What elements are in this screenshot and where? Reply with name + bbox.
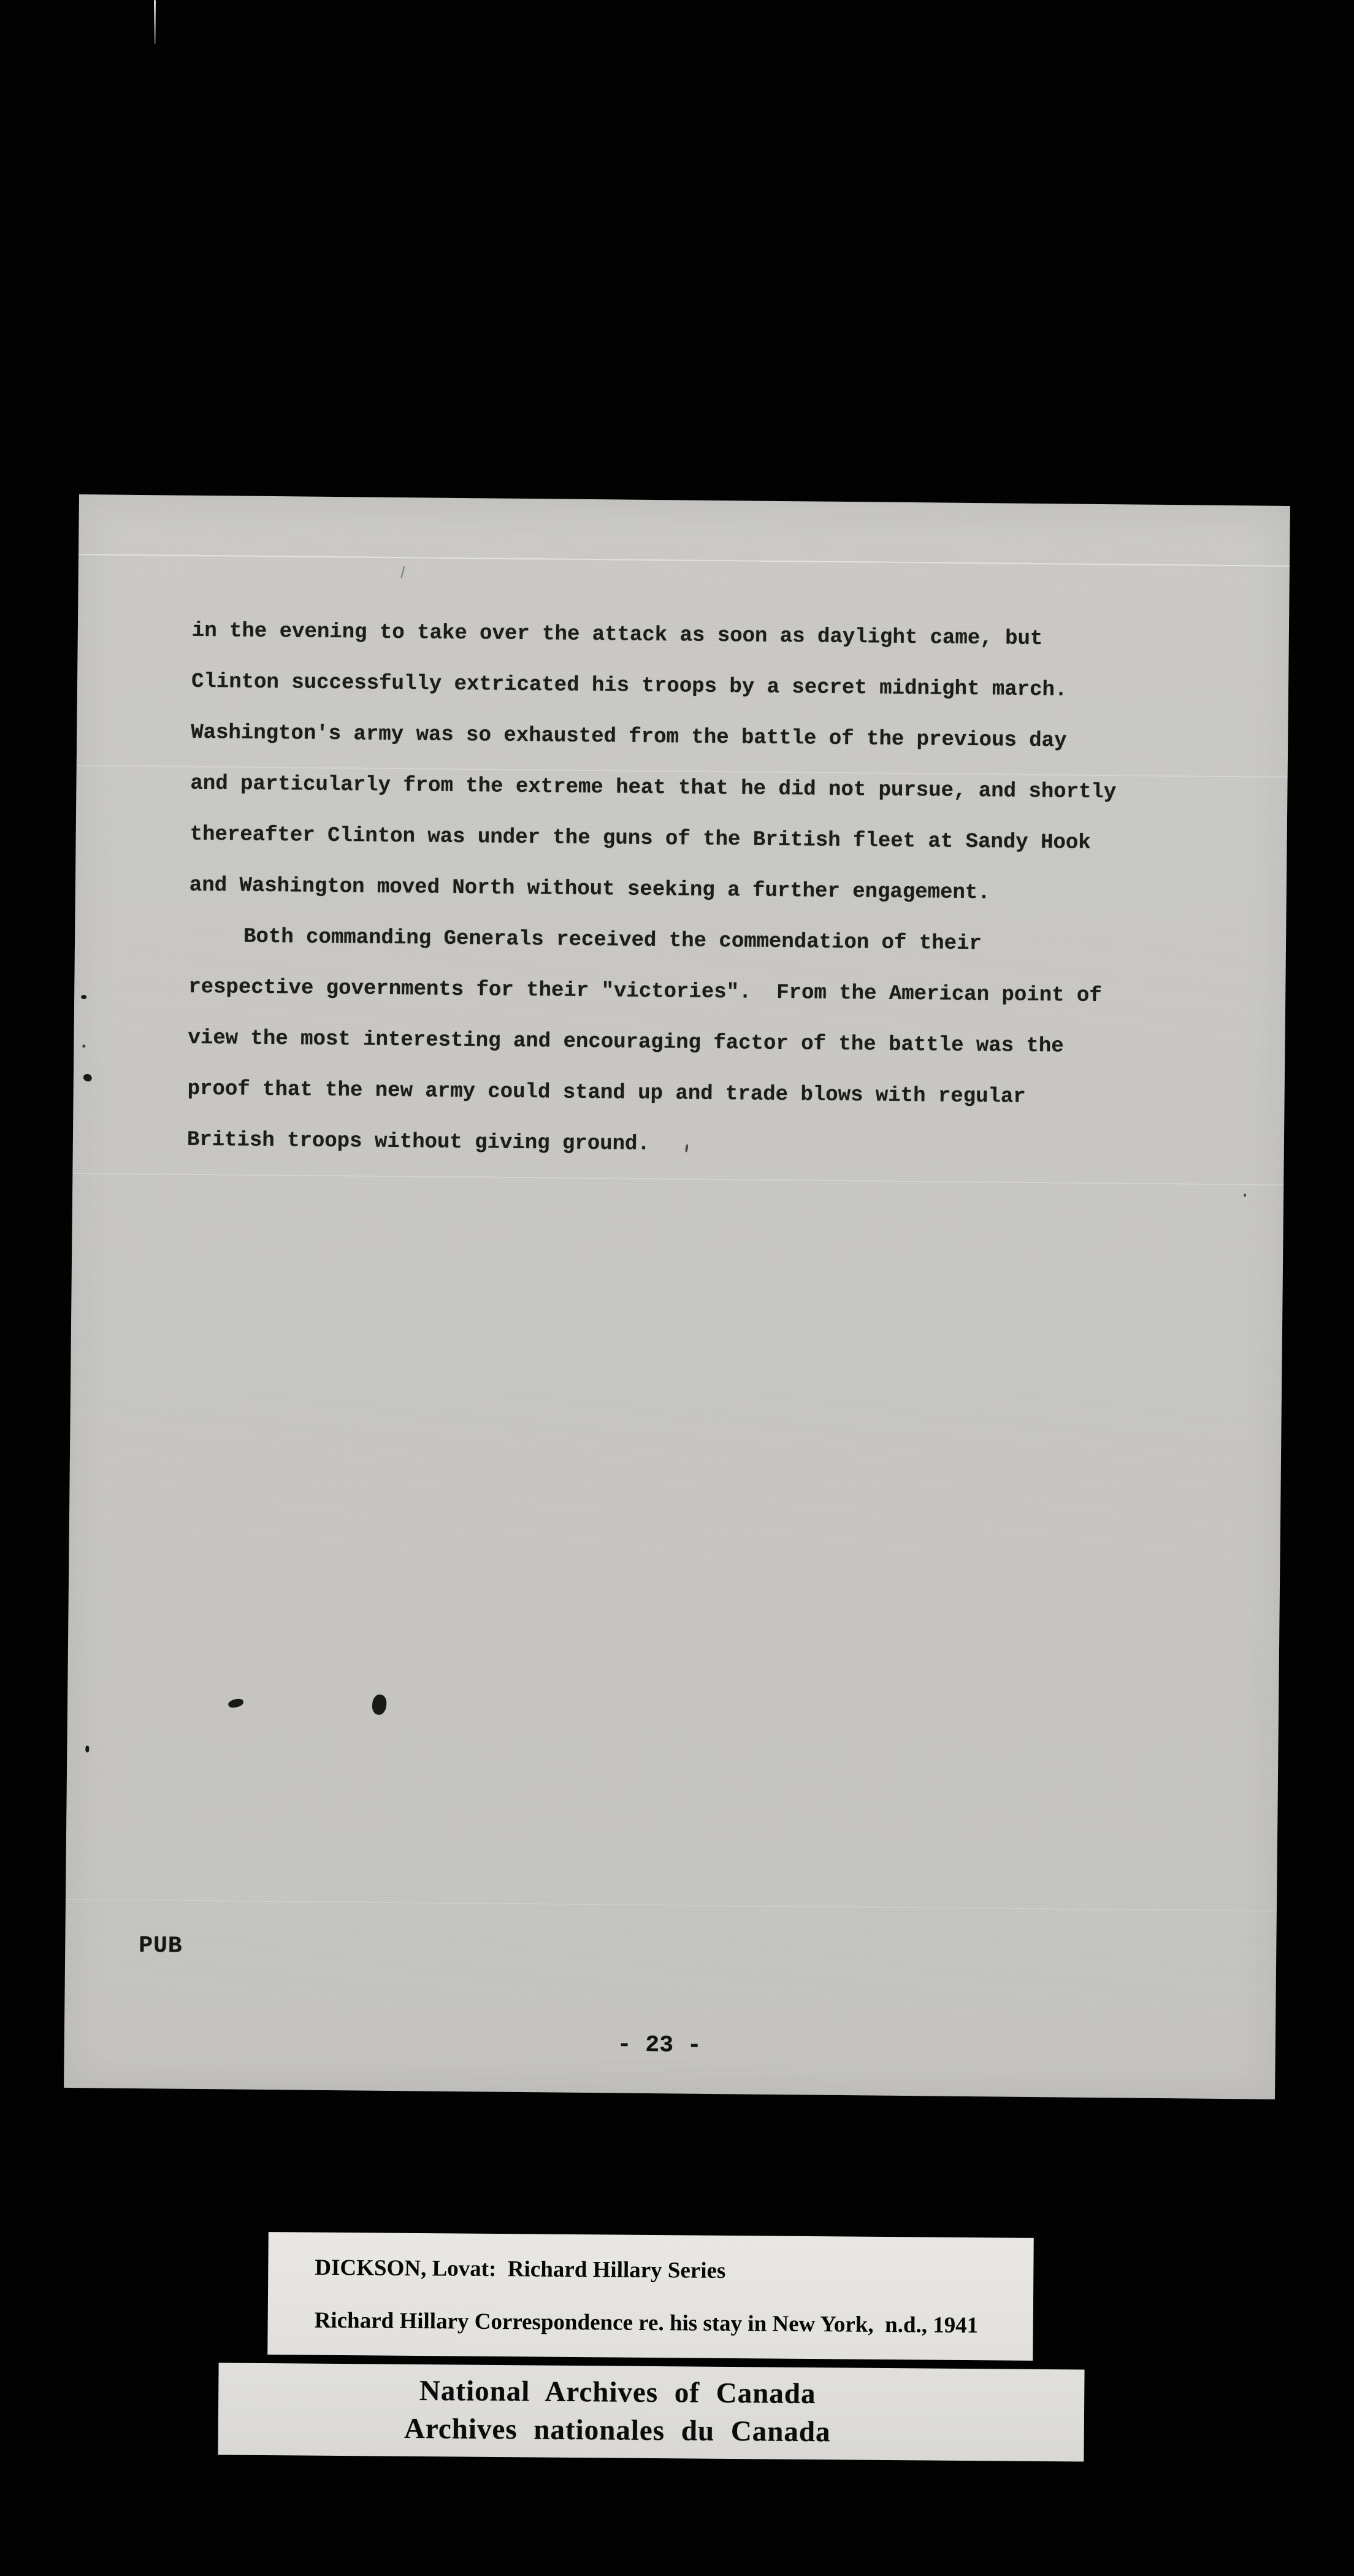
ink-speck [1244,1194,1246,1197]
scan-streak [78,554,1290,567]
ink-speck [85,1746,89,1752]
ink-speck [82,1073,93,1083]
scan-background: in the evening to take over the attack a… [0,0,1354,2576]
ink-speck [82,1045,85,1048]
archives-stamp-french: Archives nationales du Canada [185,2408,1050,2453]
typed-line: Washington's army was so exhausted from … [191,708,1197,769]
typed-line: British troops without giving ground. [186,1115,1193,1176]
typed-line: thereafter Clinton was under the guns of… [189,810,1196,870]
typed-line: and particularly from the extreme heat t… [190,759,1196,819]
archives-stamp-text: National Archives of Canada Archives nat… [185,2370,1051,2453]
scanned-page: in the evening to take over the attack a… [64,494,1290,2099]
scan-hair-mark [400,566,405,578]
typed-text-block: in the evening to take over the attack a… [186,606,1198,1176]
scratch-mark [154,0,156,44]
ink-speck [228,1698,244,1709]
scan-streak [72,1173,1283,1186]
typed-line: and Washington moved North without seeki… [189,861,1195,921]
archive-series-line: DICKSON, Lovat: Richard Hillary Series [315,2255,725,2283]
ink-speck [81,995,86,999]
archive-description-line: Richard Hillary Correspondence re. his s… [315,2308,979,2339]
pub-stamp: PUB [139,1933,183,1960]
archives-stamp-english: National Archives of Canada [185,2370,1050,2415]
archives-stamp: National Archives of Canada Archives nat… [218,2363,1084,2461]
typed-line: Both commanding Generals received the co… [189,911,1195,972]
page-number: - 23 - [618,2032,702,2059]
typed-line: Clinton successfully extricated his troo… [191,657,1198,718]
archive-reference-label: DICKSON, Lovat: Richard Hillary Series R… [267,2232,1034,2361]
typed-line: proof that the new army could stand up a… [187,1064,1193,1125]
ink-speck [371,1694,388,1715]
typed-line: respective governments for their "victor… [188,962,1195,1023]
typed-line: view the most interesting and encouragin… [188,1013,1194,1074]
typed-line: in the evening to take over the attack a… [191,606,1198,667]
scan-streak [66,1899,1277,1912]
